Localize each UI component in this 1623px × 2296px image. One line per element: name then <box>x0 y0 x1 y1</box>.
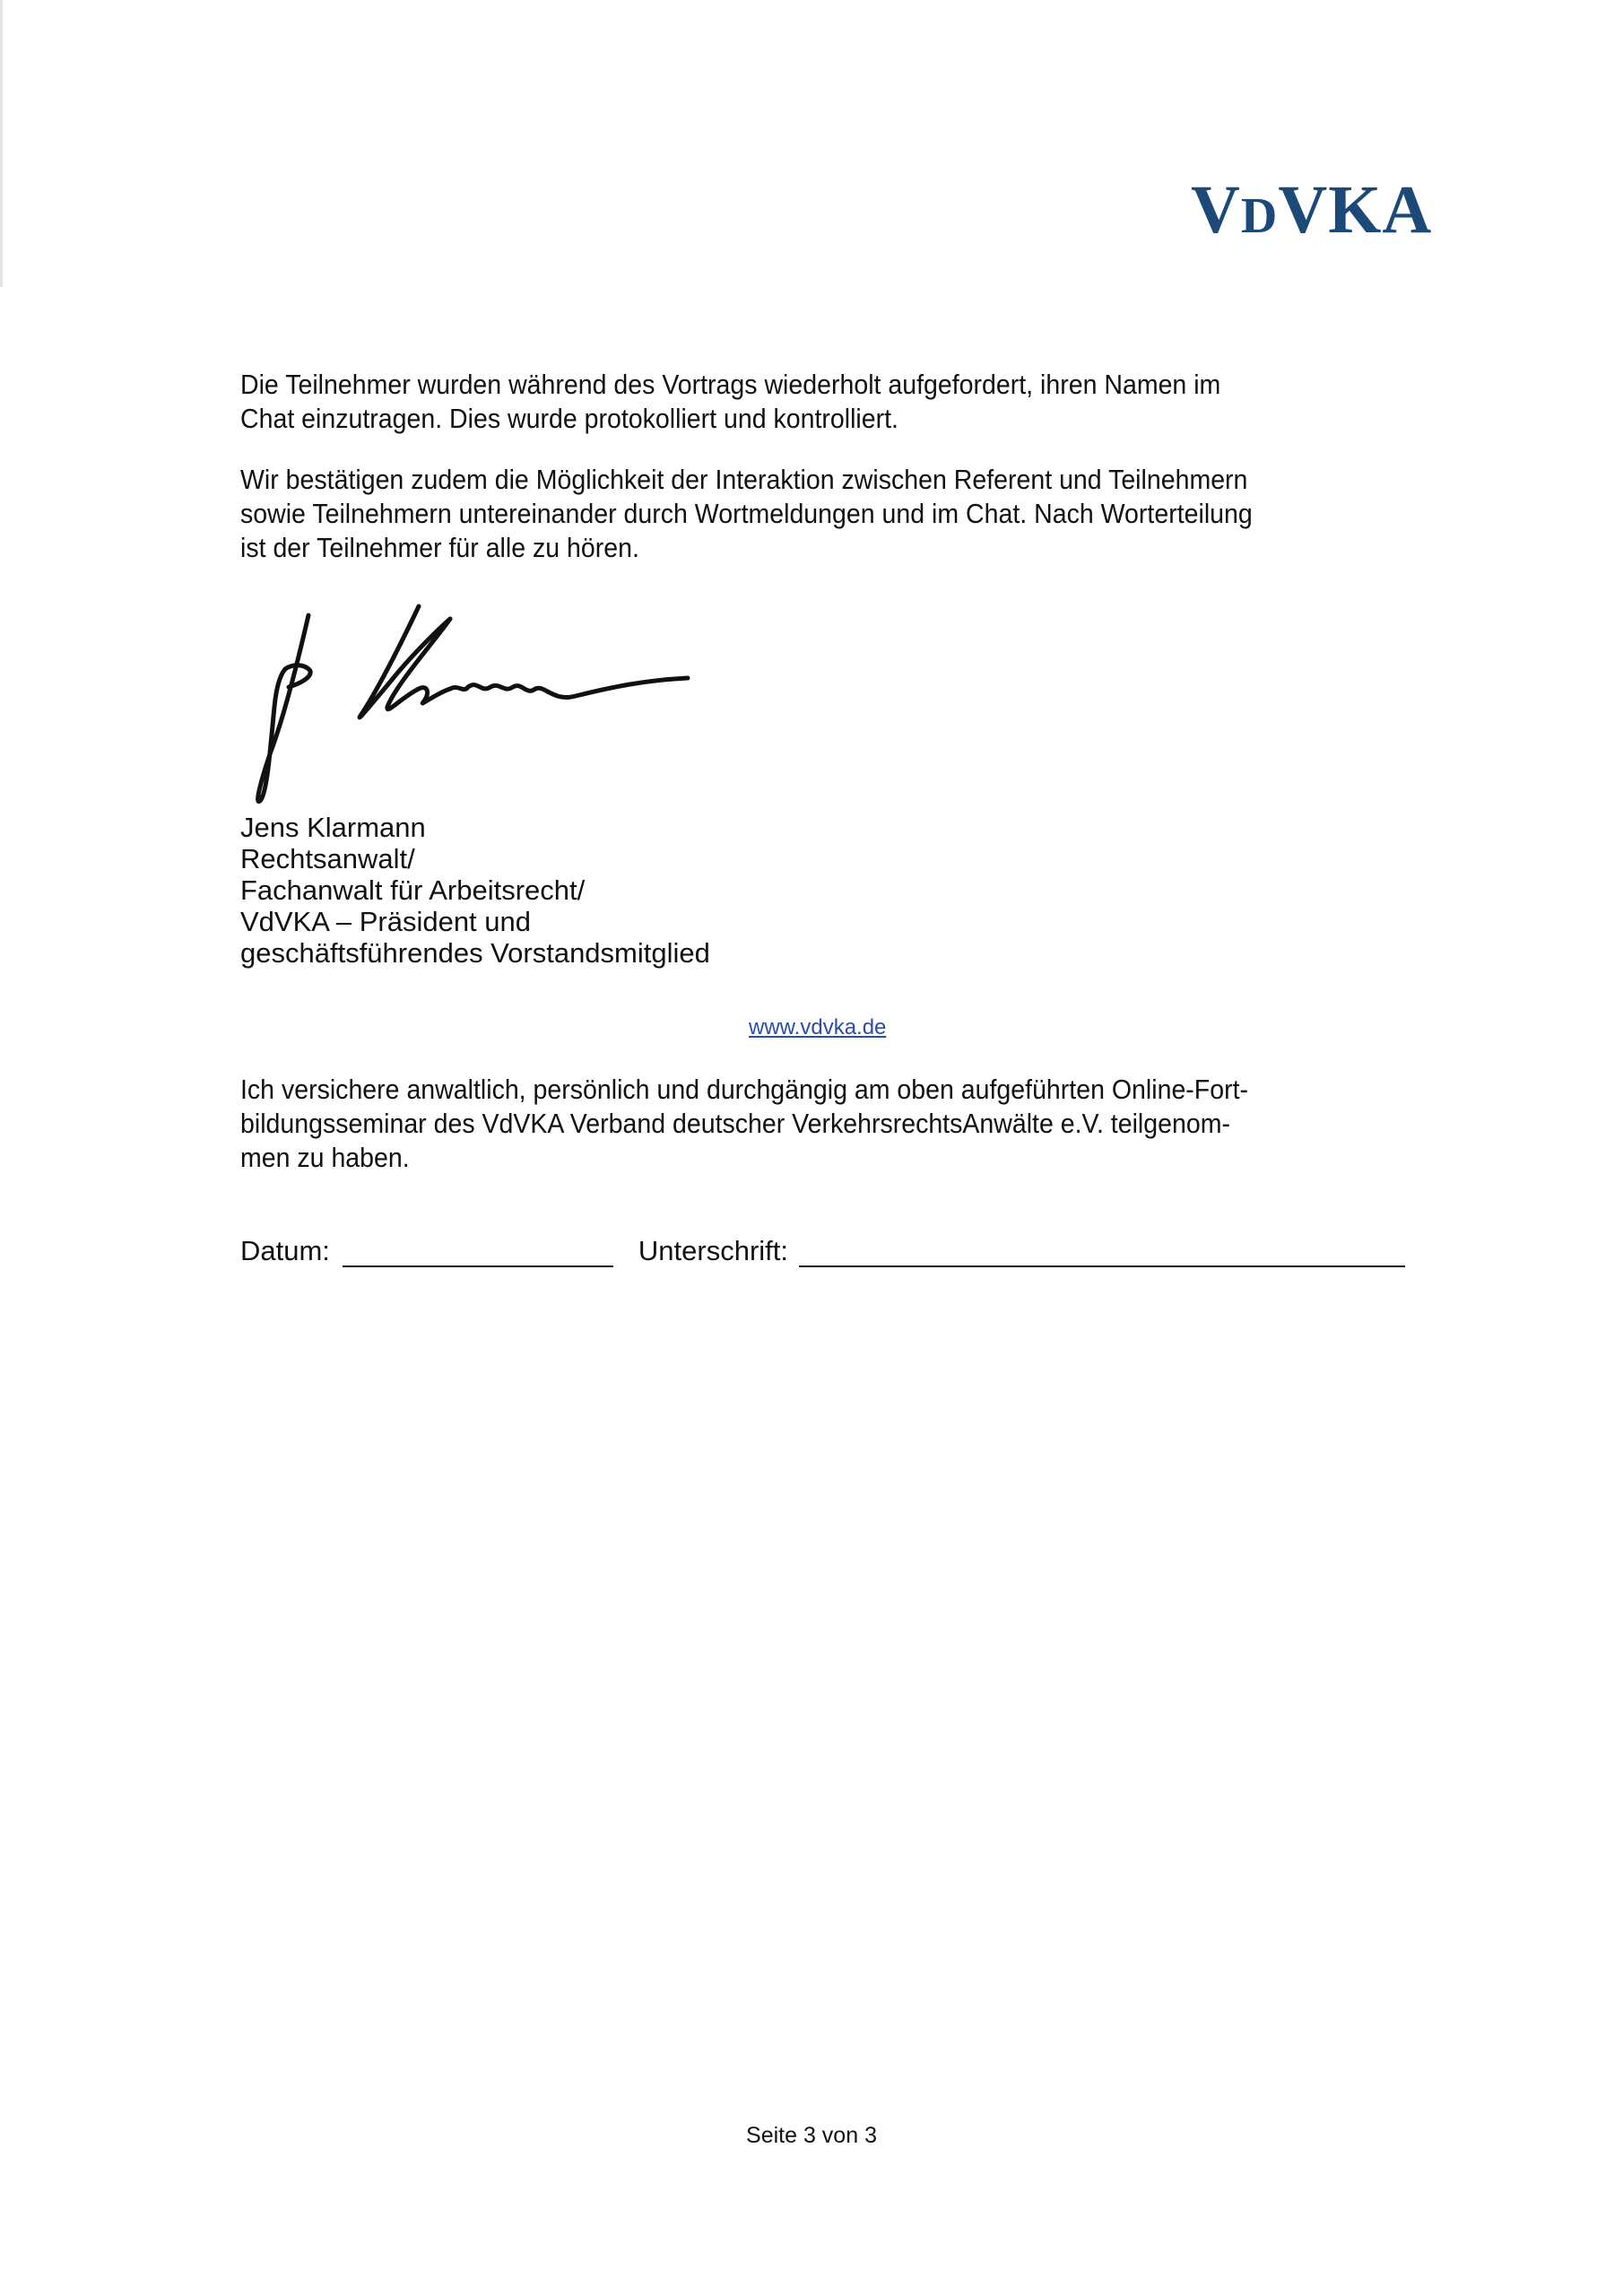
text-line: Wir bestätigen zudem die Möglichkeit der… <box>240 463 1313 497</box>
paragraph-interaction: Wir bestätigen zudem die Möglichkeit der… <box>240 463 1313 565</box>
signature-field[interactable] <box>799 1239 1405 1267</box>
text-line: men zu haben. <box>240 1141 1313 1175</box>
vdvka-logo: VDVKA <box>1191 176 1432 244</box>
signature-form: Datum: Unterschrift: <box>240 1235 1405 1267</box>
signatory-title: geschäftsführendes Vorstandsmitglied <box>240 937 710 969</box>
text-line: Die Teilnehmer wurden während des Vortra… <box>240 368 1313 402</box>
text-line: Chat einzutragen. Dies wurde protokollie… <box>240 402 1313 436</box>
paragraph-participation: Die Teilnehmer wurden während des Vortra… <box>240 368 1313 436</box>
text-line: Ich versichere anwaltlich, persönlich un… <box>240 1073 1313 1107</box>
website-link[interactable]: www.vdvka.de <box>749 1015 886 1040</box>
logo-letters-vka: VKA <box>1278 172 1432 248</box>
text-line: bildungsseminar des VdVKA Verband deutsc… <box>240 1107 1313 1141</box>
page-edge <box>0 0 3 287</box>
paragraph-declaration: Ich versichere anwaltlich, persönlich un… <box>240 1073 1313 1175</box>
handwritten-signature <box>235 599 773 805</box>
date-field[interactable] <box>343 1239 613 1267</box>
signature-label: Unterschrift: <box>638 1235 788 1267</box>
text-line: ist der Teilnehmer für alle zu hören. <box>240 531 1313 565</box>
logo-letter-d: D <box>1241 188 1278 244</box>
date-label: Datum: <box>240 1235 330 1267</box>
page-number: Seite 3 von 3 <box>0 2123 1623 2149</box>
signatory-title: Rechtsanwalt/ <box>240 843 710 874</box>
signatory-title: VdVKA – Präsident und <box>240 906 710 937</box>
signatory-title: Fachanwalt für Arbeitsrecht/ <box>240 874 710 906</box>
logo-letter-v: V <box>1191 172 1241 248</box>
signatory-block: Jens Klarmann Rechtsanwalt/ Fachanwalt f… <box>240 812 710 969</box>
signatory-name: Jens Klarmann <box>240 812 710 843</box>
text-line: sowie Teilnehmern untereinander durch Wo… <box>240 497 1313 531</box>
